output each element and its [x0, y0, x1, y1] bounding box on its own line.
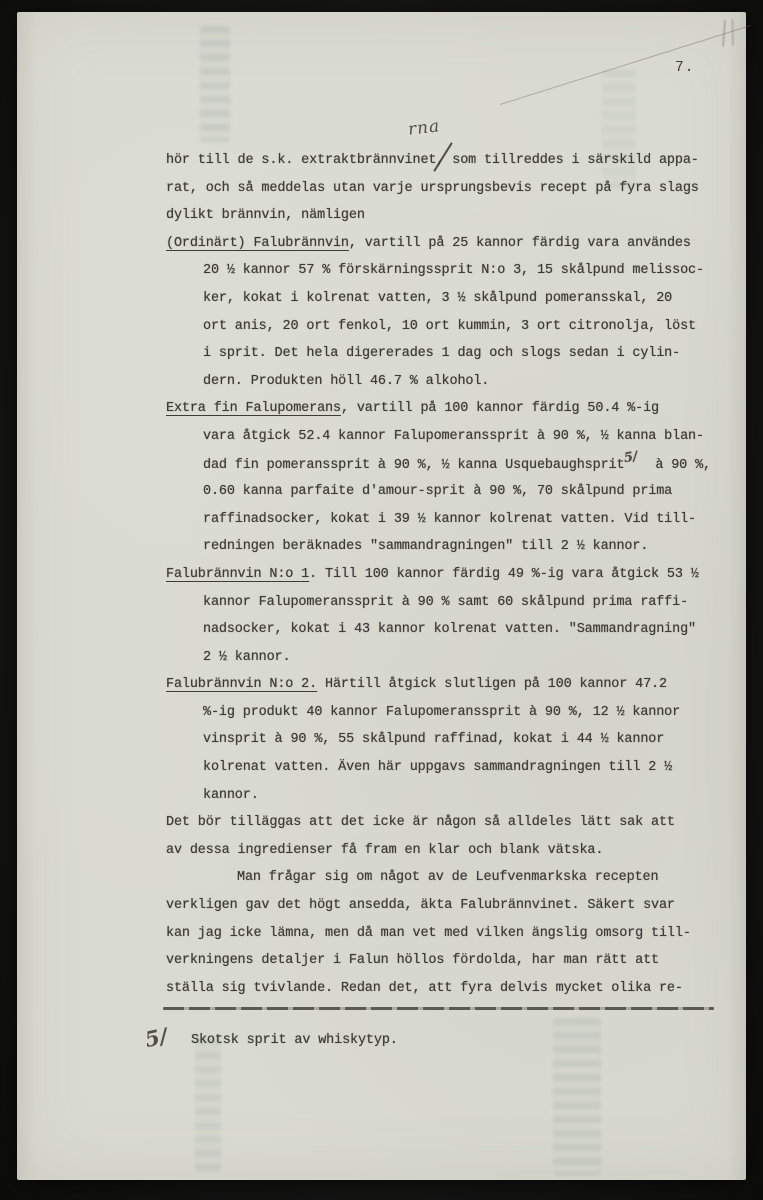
- corner-smudge: [696, 17, 760, 49]
- typewritten-line: kannor Falupomeranssprit à 90 % samt 60 …: [166, 589, 741, 617]
- footnote-separator-rule: [163, 1007, 714, 1010]
- typewritten-body: hör till de s.k. extraktbrännvinet, som …: [166, 147, 741, 1002]
- typewritten-line: Falubrännvin N:o 2. Härtill åtgick slutl…: [166, 671, 741, 699]
- handwritten-correction: rna: [407, 116, 441, 140]
- line-text: à 90 %,: [639, 458, 711, 473]
- typewritten-line: redningen beräknades "sammandragningen" …: [166, 533, 741, 561]
- typewritten-line: Falubrännvin N:o 1. Till 100 kannor färd…: [166, 561, 741, 589]
- typewritten-line: kan jag icke lämna, men då man vet med v…: [166, 920, 741, 948]
- typewritten-line: 0.60 kanna parfaite d'amour-sprit à 90 %…: [166, 478, 741, 506]
- typewritten-line: Man frågar sig om något av de Leufvenmar…: [166, 864, 741, 892]
- typewritten-line: raffinadsocker, kokat i 39 ½ kannor kolr…: [166, 506, 741, 534]
- typewritten-line: (Ordinärt) Falubrännvin, vartill på 25 k…: [166, 230, 741, 258]
- typewritten-line: verkligen gav det högt ansedda, äkta Fal…: [166, 892, 741, 920]
- typewritten-line: ställa sig tvivlande. Redan det, att fyr…: [166, 975, 741, 1003]
- typewritten-line: i sprit. Det hela digererades 1 dag och …: [166, 340, 741, 368]
- recipe-heading-rest: Härtill åtgick slutligen på 100 kannor 4…: [317, 677, 667, 692]
- typewritten-line: vara åtgick 52.4 kannor Falupomeransspri…: [166, 423, 741, 451]
- typewritten-line: Extra fin Falupomerans, vartill på 100 k…: [166, 395, 741, 423]
- typewritten-line: hör till de s.k. extraktbrännvinet, som …: [166, 147, 741, 175]
- page-number: 7.: [675, 60, 694, 76]
- typewritten-line: vinsprit à 90 %, 55 skålpund raffinad, k…: [166, 726, 741, 754]
- typewritten-line: Det bör tilläggas att det icke är någon …: [166, 809, 741, 837]
- recipe-heading: (Ordinärt) Falubrännvin: [166, 236, 349, 251]
- line-text: dad fin pomeranssprit à 90 %, ½ kanna Us…: [203, 458, 624, 473]
- footnote-marker: 5/: [143, 1023, 170, 1052]
- recipe-heading: Extra fin Falupomerans: [166, 401, 341, 416]
- typewritten-line: ort anis, 20 ort fenkol, 10 ort kummin, …: [166, 313, 741, 341]
- typewritten-line: 2 ½ kannor.: [166, 644, 741, 672]
- typewritten-line: %-ig produkt 40 kannor Falupomeranssprit…: [166, 699, 741, 727]
- recipe-heading-rest: . Till 100 kannor färdig 49 %-ig vara åt…: [309, 567, 699, 582]
- typewritten-line: av dessa ingredienser få fram en klar oc…: [166, 837, 741, 865]
- typewritten-line: verkningens detaljer i Falun höllos förd…: [166, 947, 741, 975]
- typewritten-line: 20 ½ kannor 57 % förskärningssprit N:o 3…: [166, 257, 741, 285]
- typewritten-line: dad fin pomeranssprit à 90 %, ½ kanna Us…: [166, 451, 741, 479]
- watermark-smudge: [553, 1018, 601, 1176]
- typewritten-line: kannor.: [166, 782, 741, 810]
- typewritten-line: dern. Produkten höll 46.7 % alkohol.: [166, 368, 741, 396]
- recipe-heading-rest: , vartill på 25 kannor färdig vara använ…: [349, 236, 691, 251]
- typewritten-line: ker, kokat i kolrenat vatten, 3 ½ skålpu…: [166, 285, 741, 313]
- typewritten-line: dylikt brännvin, nämligen: [166, 202, 741, 230]
- recipe-heading: Falubrännvin N:o 1: [166, 567, 309, 582]
- watermark-smudge: [195, 1038, 221, 1172]
- document-page: 7. rna hör till de s.k. extraktbrännvine…: [17, 12, 746, 1180]
- watermark-smudge: [200, 26, 230, 142]
- typewritten-line: nadsocker, kokat i 43 kannor kolrenat va…: [166, 616, 741, 644]
- footnote-text: Skotsk sprit av whiskytyp.: [191, 1033, 398, 1048]
- typewritten-line: kolrenat vatten. Även här uppgavs samman…: [166, 754, 741, 782]
- recipe-heading-rest: , vartill på 100 kannor färdig 50.4 %-ig: [341, 401, 659, 416]
- typewritten-line: rat, och så meddelas utan varje ursprung…: [166, 175, 741, 203]
- recipe-heading: Falubrännvin N:o 2.: [166, 677, 317, 692]
